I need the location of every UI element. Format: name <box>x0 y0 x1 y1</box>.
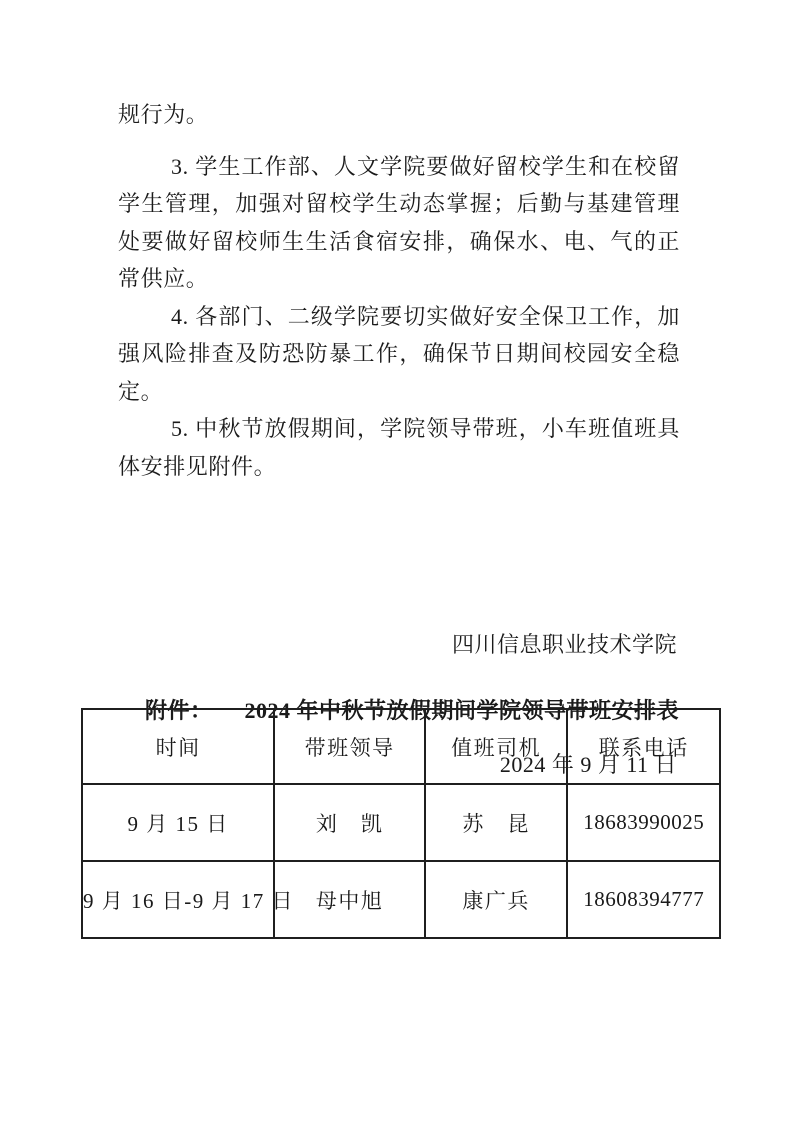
table-header-phone: 联系电话 <box>567 709 720 784</box>
signature-org: 四川信息职业技术学院 <box>452 625 677 665</box>
table-cell-leader: 刘 凯 <box>274 784 425 861</box>
table-cell-driver: 康广兵 <box>425 861 567 938</box>
paragraph-regulations-end: 规行为。 <box>118 96 680 134</box>
leader-duty-table: 时间 带班领导 值班司机 联系电话 9 月 15 日 刘 凯 苏 昆 18683… <box>81 708 721 939</box>
paragraph-item-5: 5. 中秋节放假期间，学院领导带班，小车班值班具体安排见附件。 <box>118 410 680 485</box>
paragraph-item-4: 4. 各部门、二级学院要切实做好安全保卫工作，加强风险排查及防恐防暴工作，确保节… <box>118 298 680 411</box>
table-header-leader: 带班领导 <box>274 709 425 784</box>
table-header-time: 时间 <box>82 709 274 784</box>
paragraph-item-3: 3. 学生工作部、人文学院要做好留校学生和在校留学生管理，加强对留校学生动态掌握… <box>118 148 680 298</box>
table-header-driver: 值班司机 <box>425 709 567 784</box>
table-cell-phone: 18608394777 <box>567 861 720 938</box>
body-text: 规行为。 3. 学生工作部、人文学院要做好留校学生和在校留学生管理，加强对留校学… <box>118 96 680 485</box>
table-cell-time: 9 月 16 日-9 月 17 日 <box>82 861 274 938</box>
table-cell-driver: 苏 昆 <box>425 784 567 861</box>
document-page: 规行为。 3. 学生工作部、人文学院要做好留校学生和在校留学生管理，加强对留校学… <box>0 0 794 1122</box>
table-cell-leader: 母中旭 <box>274 861 425 938</box>
table-cell-phone: 18683990025 <box>567 784 720 861</box>
table-cell-time: 9 月 15 日 <box>82 784 274 861</box>
table-header-row: 时间 带班领导 值班司机 联系电话 <box>82 709 720 784</box>
table-row: 9 月 15 日 刘 凯 苏 昆 18683990025 <box>82 784 720 861</box>
table-row: 9 月 16 日-9 月 17 日 母中旭 康广兵 18608394777 <box>82 861 720 938</box>
